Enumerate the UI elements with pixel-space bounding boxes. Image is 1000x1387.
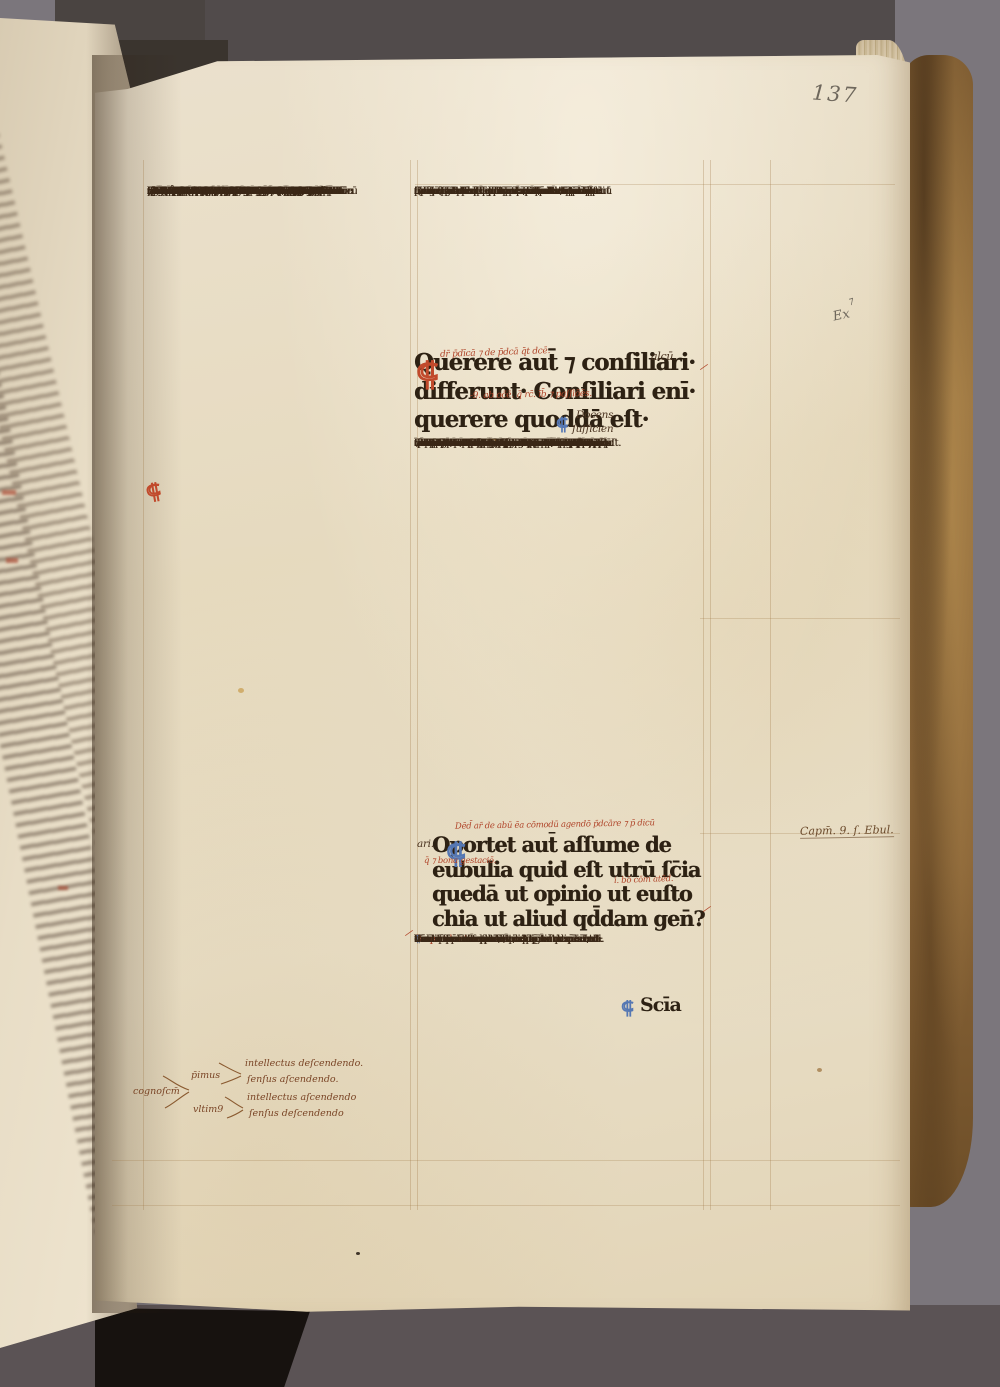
annotation-blp: ⸿ bbox=[556, 412, 568, 435]
annotation-rd2: / bbox=[700, 362, 708, 373]
annotation-layer: dr̄ p̄dīcā ⁊ de p̄dcā q̄t dcē.alcū.-9. a… bbox=[0, 0, 1000, 1387]
annotation-note: Capm̄. 9. ſ. Ebul. bbox=[800, 823, 894, 839]
annotation-rd2: -9. ab oc̄ē. q̄ rc̄. īb̄ ⁊ paſſiōēs. bbox=[470, 389, 592, 401]
annotation-rdp: ⸿ bbox=[416, 352, 439, 395]
annotation-ink: ari. bbox=[417, 838, 434, 850]
stain-speck bbox=[817, 1068, 822, 1072]
annotation-rd2: dr̄ p̄dīcā ⁊ de p̄dcā q̄t dcē. bbox=[440, 346, 550, 360]
annotation-rdp: ⸿ bbox=[144, 477, 164, 507]
annotation-ink: Docens bbox=[576, 409, 613, 421]
fly-speck bbox=[356, 1252, 360, 1255]
annotation-pencil: ⁊ bbox=[847, 296, 855, 308]
annotation-blp: ⸿ bbox=[621, 996, 634, 1020]
annotation-rd2: / bbox=[405, 928, 413, 939]
annotation-ink: ſufficien bbox=[572, 423, 613, 435]
annotation-ink: alcū. bbox=[651, 350, 676, 363]
annotation-rd2: Dēd̄ ar̄ de abū ēa cōmodū agendō p̄dcāre… bbox=[455, 818, 655, 831]
stain-speck bbox=[238, 688, 244, 693]
annotation-blp: ⸿ bbox=[446, 834, 466, 872]
annotation-rd2: / bbox=[703, 904, 711, 915]
annotation-rd2: i. bō cōm atēd. bbox=[614, 874, 674, 886]
annotation-rd2: q̄ ⁊ bona gestaciō. bbox=[424, 856, 496, 866]
manuscript-photo: 137 olfc̄tū. circa ſapores aūt: guſtū. ⁊… bbox=[0, 0, 1000, 1387]
annotation-bigend: Scīa bbox=[640, 994, 681, 1016]
annotation-pencil: Ex bbox=[832, 306, 852, 324]
